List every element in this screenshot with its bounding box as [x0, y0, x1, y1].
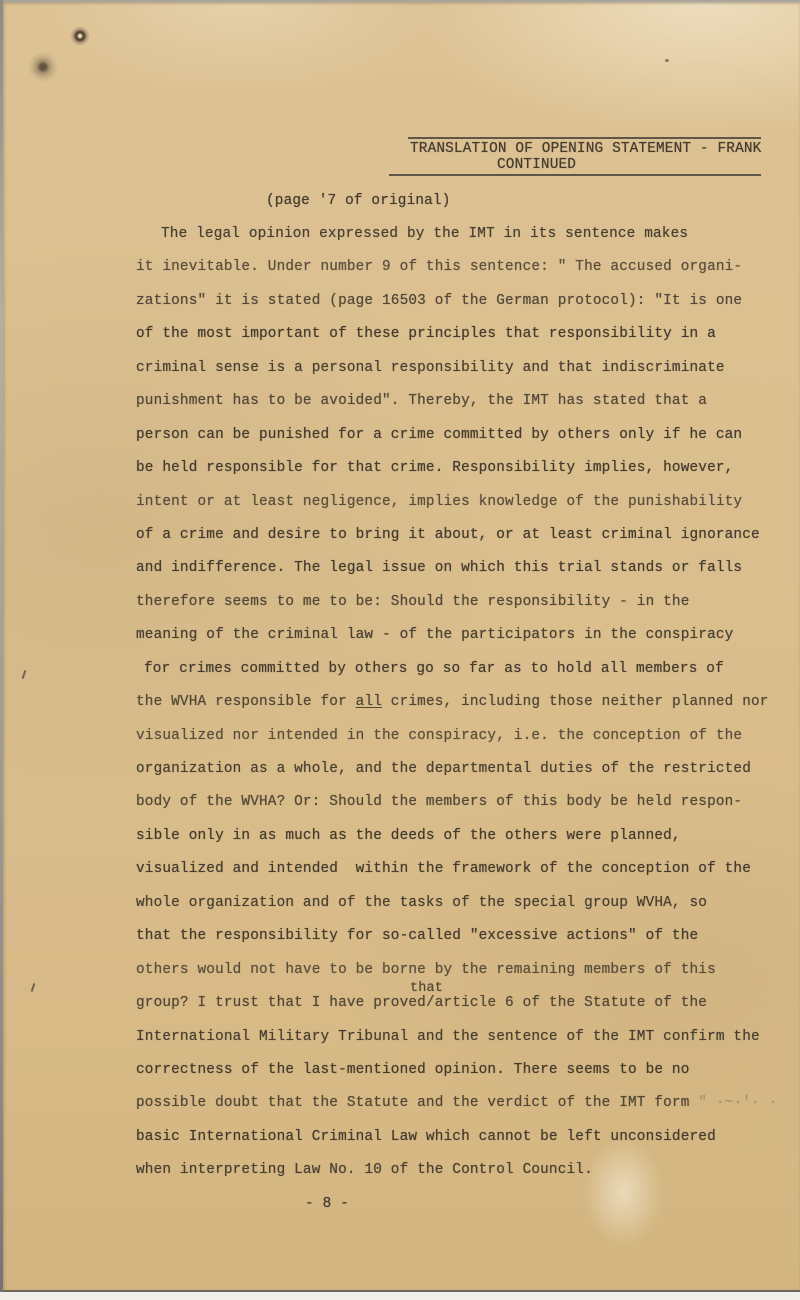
pen-mark	[31, 983, 36, 992]
text-line: organization as a whole, and the departm…	[136, 761, 796, 794]
scan-edge-left	[0, 0, 3, 1292]
text-line: it inevitable. Under number 9 of this se…	[136, 259, 796, 292]
staple-hole-stain	[69, 25, 91, 47]
text-line: possible doubt that the Statute and the …	[136, 1095, 796, 1128]
typed-insertion: that	[410, 981, 443, 996]
scan-edge-bottom	[0, 1292, 800, 1300]
page-number: - 8 -	[305, 1196, 349, 1212]
text-line: International Military Tribunal and the …	[136, 1029, 796, 1062]
text-line: person can be punished for a crime commi…	[136, 427, 796, 460]
text-line: be held responsible for that crime. Resp…	[136, 460, 796, 493]
text-line: visualized nor intended in the conspirac…	[136, 728, 796, 761]
text-line: when interpreting Law No. 10 of the Cont…	[136, 1162, 796, 1195]
body-lines: The legal opinion expressed by the IMT i…	[136, 226, 796, 1196]
text-line: punishment has to be avoided". Thereby, …	[136, 393, 796, 426]
text-line: others would not have to be borne by the…	[136, 962, 796, 995]
text-line: sible only in as much as the deeds of th…	[136, 828, 796, 861]
text-line: visualized and intended within the frame…	[136, 861, 796, 894]
text-line: body of the WVHA? Or: Should the members…	[136, 794, 796, 827]
header-rule-top	[408, 137, 761, 139]
text-line: The legal opinion expressed by the IMT i…	[136, 226, 796, 259]
text-line: group? I trust that I have proved/thatar…	[136, 995, 796, 1028]
text-line: zations" it is stated (page 16503 of the…	[136, 293, 796, 326]
ink-stain	[28, 52, 58, 82]
pen-mark	[22, 670, 27, 679]
text-line: that the responsibility for so-called "e…	[136, 928, 796, 961]
header-title: TRANSLATION OF OPENING STATEMENT - FRANK	[410, 141, 761, 157]
text-line: intent or at least negligence, implies k…	[136, 494, 796, 527]
text-line: the WVHA responsible for all crimes, inc…	[136, 694, 796, 727]
text-line: whole organization and of the tasks of t…	[136, 895, 796, 928]
header-rule-bottom	[389, 174, 761, 176]
text-line: therefore seems to me to be: Should the …	[136, 594, 796, 627]
page-reference: (page '7 of original)	[266, 193, 451, 209]
text-line: correctness of the last-mentioned opinio…	[136, 1062, 796, 1095]
text-line: meaning of the criminal law - of the par…	[136, 627, 796, 660]
text-line: and indifference. The legal issue on whi…	[136, 560, 796, 593]
paper-speck	[665, 59, 669, 62]
text-line: criminal sense is a personal responsibil…	[136, 360, 796, 393]
text-line: basic International Criminal Law which c…	[136, 1129, 796, 1162]
text-line: of the most important of these principle…	[136, 326, 796, 359]
header-subtitle: CONTINUED	[497, 157, 576, 173]
text-line: of a crime and desire to bring it about,…	[136, 527, 796, 560]
text-line: for crimes committed by others go so far…	[136, 661, 796, 694]
document-page: TRANSLATION OF OPENING STATEMENT - FRANK…	[3, 2, 800, 1292]
